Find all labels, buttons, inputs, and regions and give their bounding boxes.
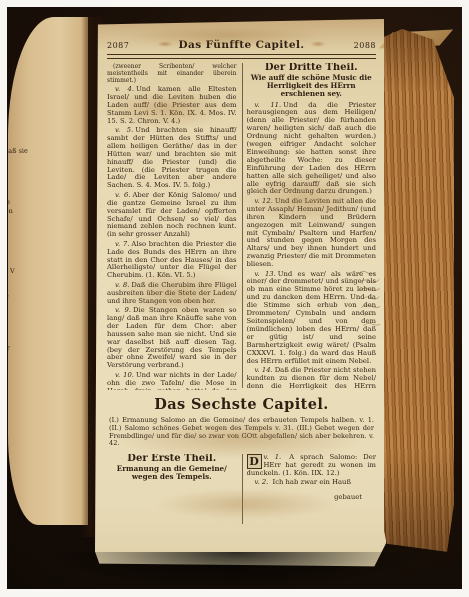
running-title: Das Fünffte Capitel. <box>179 39 305 51</box>
book-photo-background: ica/ 2086 dank/ ließ sie der König Erben… <box>7 7 462 589</box>
lower-right-column: v. 1. D A sprach Salomo: Der HErr hat ge… <box>247 454 377 526</box>
printer-ornament-icon <box>157 41 173 47</box>
main-page: 2087 Das Fünffte Capitel. 2088 (zweener … <box>95 19 386 568</box>
book-shadow <box>47 552 427 589</box>
photo-frame: ica/ 2086 dank/ ließ sie der König Erben… <box>0 0 469 597</box>
verse: v. 10.Und war nichts in der Lade/ ohn di… <box>107 372 237 390</box>
chapter-heading: Das Sechste Capitel. <box>107 396 376 413</box>
verse: v. 12.Und die Leviten mit allen die unte… <box>247 198 377 269</box>
page-header: 2087 Das Fünffte Capitel. 2088 <box>107 33 376 52</box>
verse: v. 1. D A sprach Salomo: Der HErr hat ge… <box>247 454 377 478</box>
left-page-sliver: ica/ 2086 dank/ ließ sie der König Erben… <box>8 17 88 525</box>
verse: v. 14.Daß die Priester nicht stehen kund… <box>247 367 377 390</box>
left-page-text-fragments: ica/ 2086 dank/ ließ sie der König Erben… <box>8 34 82 414</box>
marginal-note: (zweener Scribenten/ welcher meistenthei… <box>107 63 237 84</box>
column-number-right: 2088 <box>354 41 376 50</box>
right-text-column: Der Dritte Theil. Wie auff die schöne Mu… <box>247 63 377 390</box>
catchword: gebauet <box>247 494 377 502</box>
verse: v. 5.Und brachten sie hinauff/ sambt der… <box>107 127 237 190</box>
verse: v. 6.Aber der König Salomo/ und die gant… <box>107 192 237 239</box>
upper-columns: (zweener Scribenten/ welcher meistenthei… <box>107 63 376 390</box>
verse: v. 7.Also brachten die Priester die Lade… <box>107 241 237 281</box>
verse: v. 9.Die Stangen oben waren so lang/ daß… <box>107 307 237 370</box>
decorated-initial: D <box>247 454 262 469</box>
header-rule <box>107 54 376 59</box>
verse: v. 4.Und kamen alle Eltesten Israel/ und… <box>107 86 237 126</box>
printer-ornament-icon <box>310 41 326 47</box>
section-heading: Der Erste Theil. <box>107 455 237 463</box>
section-subheading: Wie auff die schöne Music die Herrligkei… <box>247 74 377 99</box>
verse: v. 8.Daß die Cherubim ihre Flügel ausbre… <box>107 282 237 306</box>
page-stack-fore-edge <box>384 29 454 557</box>
section-heading: Der Dritte Theil. <box>247 64 377 72</box>
column-number-left: 2087 <box>107 41 129 50</box>
verse: v. 11.Und da die Priester herausgiengen … <box>247 102 377 197</box>
chapter-summary: (I.) Ermanung Salomo an die Gemeine/ des… <box>109 417 374 448</box>
verse: v. 2. Ich hab zwar ein Hauß <box>247 479 377 487</box>
running-title-group: Das Fünffte Capitel. <box>157 33 325 52</box>
section-subheading: Ermanung an die Gemeine/ wegen des Tempe… <box>107 465 237 481</box>
lower-columns: Der Erste Theil. Ermanung an die Gemeine… <box>107 454 376 526</box>
left-text-column: (zweener Scribenten/ welcher meistenthei… <box>107 63 237 390</box>
lower-left-column: Der Erste Theil. Ermanung an die Gemeine… <box>107 454 237 526</box>
